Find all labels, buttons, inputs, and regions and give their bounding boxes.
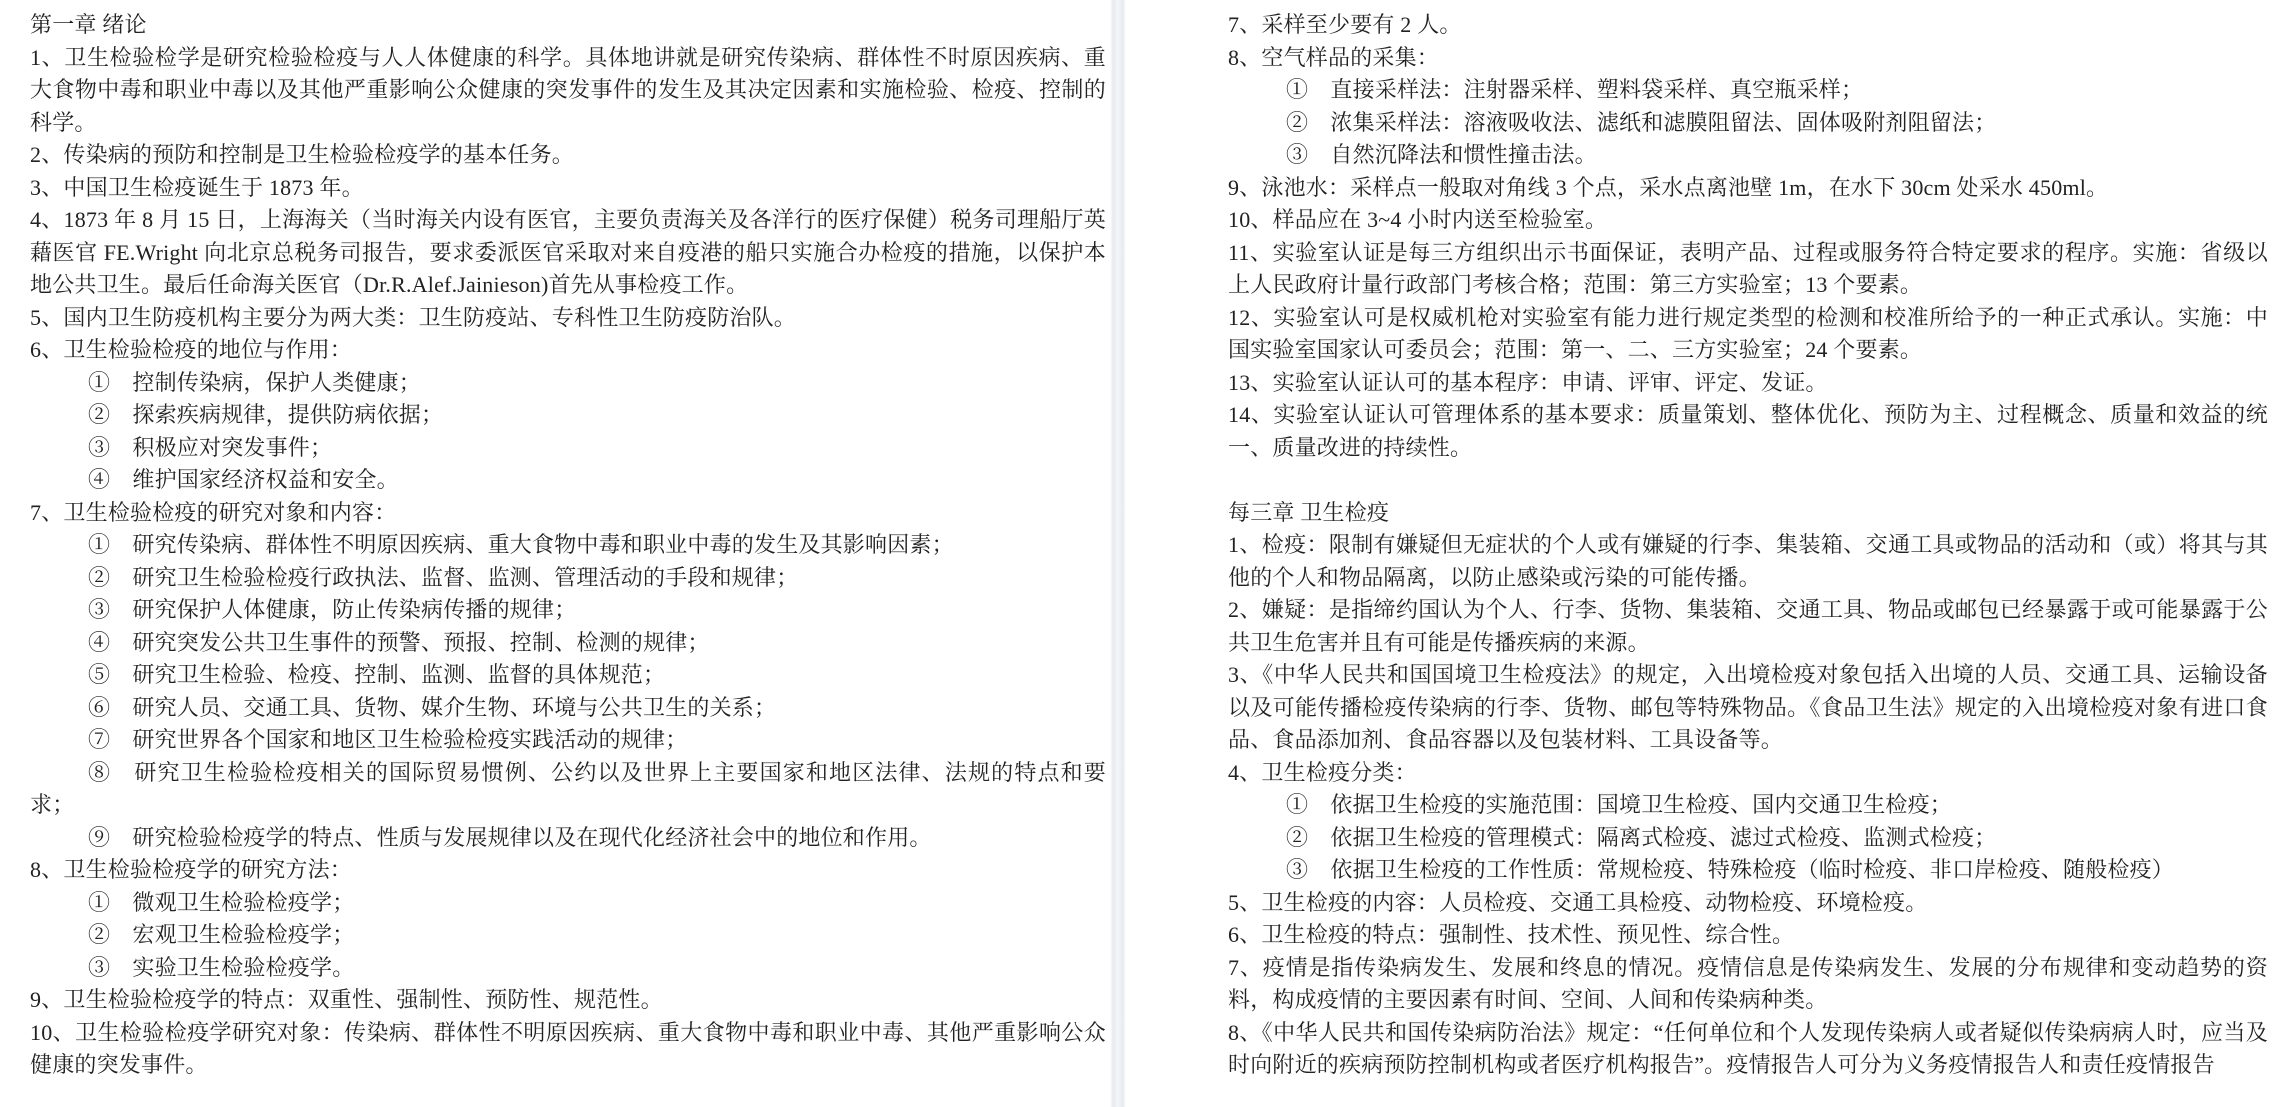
numbered-item: 3、中国卫生检疫诞生于 1873 年。 (30, 172, 1106, 205)
numbered-item: 13、实验室认证认可的基本程序：申请、评审、评定、发证。 (1228, 367, 2268, 400)
circled-sub-item: ② 浓集采样法：溶液吸收法、滤纸和滤膜阻留法、固体吸附剂阻留法； (1228, 107, 2268, 140)
numbered-item: 2、传染病的预防和控制是卫生检验检疫学的基本任务。 (30, 139, 1106, 172)
numbered-item: 7、采样至少要有 2 人。 (1228, 9, 2268, 42)
numbered-item: 1、卫生检验检学是研究检验检疫与人人体健康的科学。具体地讲就是研究传染病、群体性… (30, 42, 1106, 140)
page-left-text-column: 第一章 绪论1、卫生检验检学是研究检验检疫与人人体健康的科学。具体地讲就是研究传… (30, 0, 1106, 1082)
circled-sub-item: ③ 实验卫生检验检疫学。 (30, 952, 1106, 985)
numbered-item: 9、卫生检验检疫学的特点：双重性、强制性、预防性、规范性。 (30, 984, 1106, 1017)
numbered-item: 8、卫生检验检疫学的研究方法： (30, 854, 1106, 887)
circled-sub-item: ① 控制传染病，保护人类健康； (30, 367, 1106, 400)
circled-sub-item: ③ 积极应对突发事件； (30, 432, 1106, 465)
numbered-item: 2、嫌疑：是指缔约国认为个人、行李、货物、集装箱、交通工具、物品或邮包已经暴露于… (1228, 594, 2268, 659)
circled-sub-item: ③ 研究保护人体健康，防止传染病传播的规律； (30, 594, 1106, 627)
circled-sub-item: ⑥ 研究人员、交通工具、货物、媒介生物、环境与公共卫生的关系； (30, 692, 1106, 725)
circled-sub-item: ① 研究传染病、群体性不明原因疾病、重大食物中毒和职业中毒的发生及其影响因素； (30, 529, 1106, 562)
chapter-heading: 第一章 绪论 (30, 9, 1106, 42)
numbered-item: 10、样品应在 3~4 小时内送至检验室。 (1228, 204, 2268, 237)
document-page-right: 7、采样至少要有 2 人。8、空气样品的采集：① 直接采样法：注射器采样、塑料袋… (1126, 0, 2294, 1107)
circled-sub-item: ③ 自然沉降法和惯性撞击法。 (1228, 139, 2268, 172)
numbered-item: 10、卫生检验检疫学研究对象：传染病、群体性不明原因疾病、重大食物中毒和职业中毒… (30, 1017, 1106, 1082)
numbered-item: 11、实验室认证是每三方组织出示书面保证，表明产品、过程或服务符合特定要求的程序… (1228, 237, 2268, 302)
circled-sub-item: ④ 研究突发公共卫生事件的预警、预报、控制、检测的规律； (30, 627, 1106, 660)
circled-sub-item: ⑨ 研究检验检疫学的特点、性质与发展规律以及在现代化经济社会中的地位和作用。 (30, 822, 1106, 855)
page-gutter-divider (1110, 0, 1126, 1107)
numbered-item: 7、疫情是指传染病发生、发展和终息的情况。疫情信息是传染病发生、发展的分布规律和… (1228, 952, 2268, 1017)
page-right-text-column: 7、采样至少要有 2 人。8、空气样品的采集：① 直接采样法：注射器采样、塑料袋… (1228, 0, 2268, 1082)
numbered-item: 4、1873 年 8 月 15 日，上海海关（当时海关内设有医官，主要负责海关及… (30, 204, 1106, 302)
document-page-left: 第一章 绪论1、卫生检验检学是研究检验检疫与人人体健康的科学。具体地讲就是研究传… (0, 0, 1112, 1107)
numbered-item: 6、卫生检疫的特点：强制性、技术性、预见性、综合性。 (1228, 919, 2268, 952)
numbered-item: 1、检疫：限制有嫌疑但无症状的个人或有嫌疑的行李、集装箱、交通工具或物品的活动和… (1228, 529, 2268, 594)
numbered-item: 7、卫生检验检疫的研究对象和内容： (30, 497, 1106, 530)
numbered-item: 6、卫生检验检疫的地位与作用： (30, 334, 1106, 367)
numbered-item: 12、实验室认可是权威机枪对实验室有能力进行规定类型的检测和校准所给予的一种正式… (1228, 302, 2268, 367)
circled-sub-item: ⑦ 研究世界各个国家和地区卫生检验检疫实践活动的规律； (30, 724, 1106, 757)
numbered-item: 3、《中华人民共和国国境卫生检疫法》的规定，入出境检疫对象包括入出境的人员、交通… (1228, 659, 2268, 757)
numbered-item: 5、卫生检疫的内容：人员检疫、交通工具检疫、动物检疫、环境检疫。 (1228, 887, 2268, 920)
circled-sub-item: ③ 依据卫生检疫的工作性质：常规检疫、特殊检疫（临时检疫、非口岸检疫、随般检疫） (1228, 854, 2268, 887)
circled-sub-item: ① 直接采样法：注射器采样、塑料袋采样、真空瓶采样； (1228, 74, 2268, 107)
circled-sub-item: ④ 维护国家经济权益和安全。 (30, 464, 1106, 497)
circled-sub-item: ② 依据卫生检疫的管理模式：隔离式检疫、滤过式检疫、监测式检疫； (1228, 822, 2268, 855)
circled-sub-item: ② 宏观卫生检验检疫学； (30, 919, 1106, 952)
numbered-item: 5、国内卫生防疫机构主要分为两大类：卫生防疫站、专科性卫生防疫防治队。 (30, 302, 1106, 335)
circled-sub-item: ⑤ 研究卫生检验、检疫、控制、监测、监督的具体规范； (30, 659, 1106, 692)
numbered-item: 9、泳池水：采样点一般取对角线 3 个点，采水点离池壁 1m，在水下 30cm … (1228, 172, 2268, 205)
document-viewer: 第一章 绪论1、卫生检验检学是研究检验检疫与人人体健康的科学。具体地讲就是研究传… (0, 0, 2294, 1107)
numbered-item: 14、实验室认证认可管理体系的基本要求：质量策划、整体优化、预防为主、过程概念、… (1228, 399, 2268, 464)
circled-sub-item: ① 依据卫生检疫的实施范围：国境卫生检疫、国内交通卫生检疫； (1228, 789, 2268, 822)
circled-sub-item: ② 探索疾病规律，提供防病依据； (30, 399, 1106, 432)
circled-sub-item: ① 微观卫生检验检疫学； (30, 887, 1106, 920)
circled-sub-item: ② 研究卫生检验检疫行政执法、监督、监测、管理活动的手段和规律； (30, 562, 1106, 595)
numbered-item: 8、空气样品的采集： (1228, 42, 2268, 75)
numbered-item: 4、卫生检疫分类： (1228, 757, 2268, 790)
chapter-heading: 每三章 卫生检疫 (1228, 497, 2268, 530)
circled-sub-item: ⑧ 研究卫生检验检疫相关的国际贸易惯例、公约以及世界上主要国家和地区法律、法规的… (30, 757, 1106, 822)
numbered-item: 8、《中华人民共和国传染病防治法》规定：“任何单位和个人发现传染病人或者疑似传染… (1228, 1017, 2268, 1082)
